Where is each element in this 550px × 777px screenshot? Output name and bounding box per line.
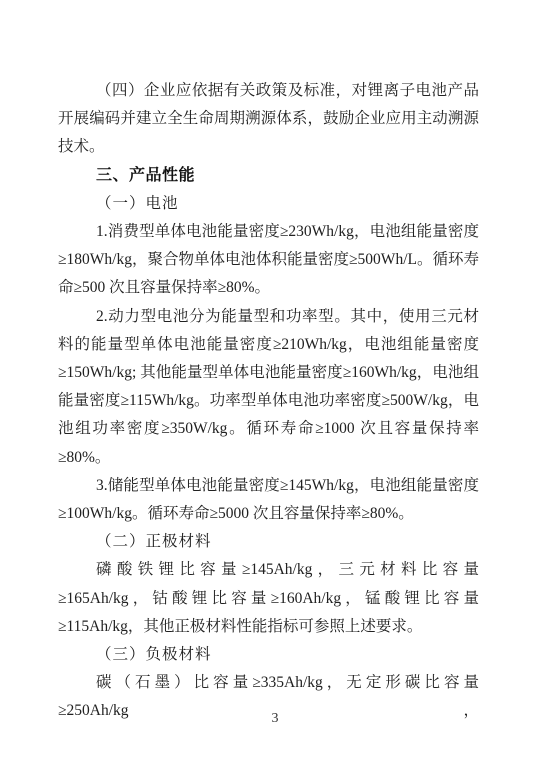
heading-section-3-product-performance: 三、产品性能 [58,162,479,190]
paragraph-traceability: （四）企业应依据有关政策及标准，对锂离子电池产品开展编码并建立全生命周期溯源体系… [58,77,479,162]
paragraph-power-battery-specs: 2.动力型电池分为能量型和功率型。其中，使用三元材料的能量型单体电池能量密度≥2… [58,303,479,472]
paragraph-consumer-battery-specs: 1.消费型单体电池能量密度≥230Wh/kg，电池组能量密度≥180Wh/kg，… [58,218,479,303]
document-content: （四）企业应依据有关政策及标准，对锂离子电池产品开展编码并建立全生命周期溯源体系… [58,77,479,726]
paragraph-storage-battery-specs: 3.储能型单体电池能量密度≥145Wh/kg，电池组能量密度≥100Wh/kg。… [58,472,479,528]
subheading-anode-materials: （三）负极材料 [58,641,479,669]
subheading-battery: （一）电池 [58,190,479,218]
subheading-cathode-materials: （二）正极材料 [58,528,479,556]
paragraph-cathode-specs: 磷酸铁锂比容量≥145Ah/kg，三元材料比容量≥165Ah/kg，钴酸锂比容量… [58,556,479,641]
page-number: 3 [0,711,550,727]
document-page: （四）企业应依据有关政策及标准，对锂离子电池产品开展编码并建立全生命周期溯源体系… [0,0,550,777]
